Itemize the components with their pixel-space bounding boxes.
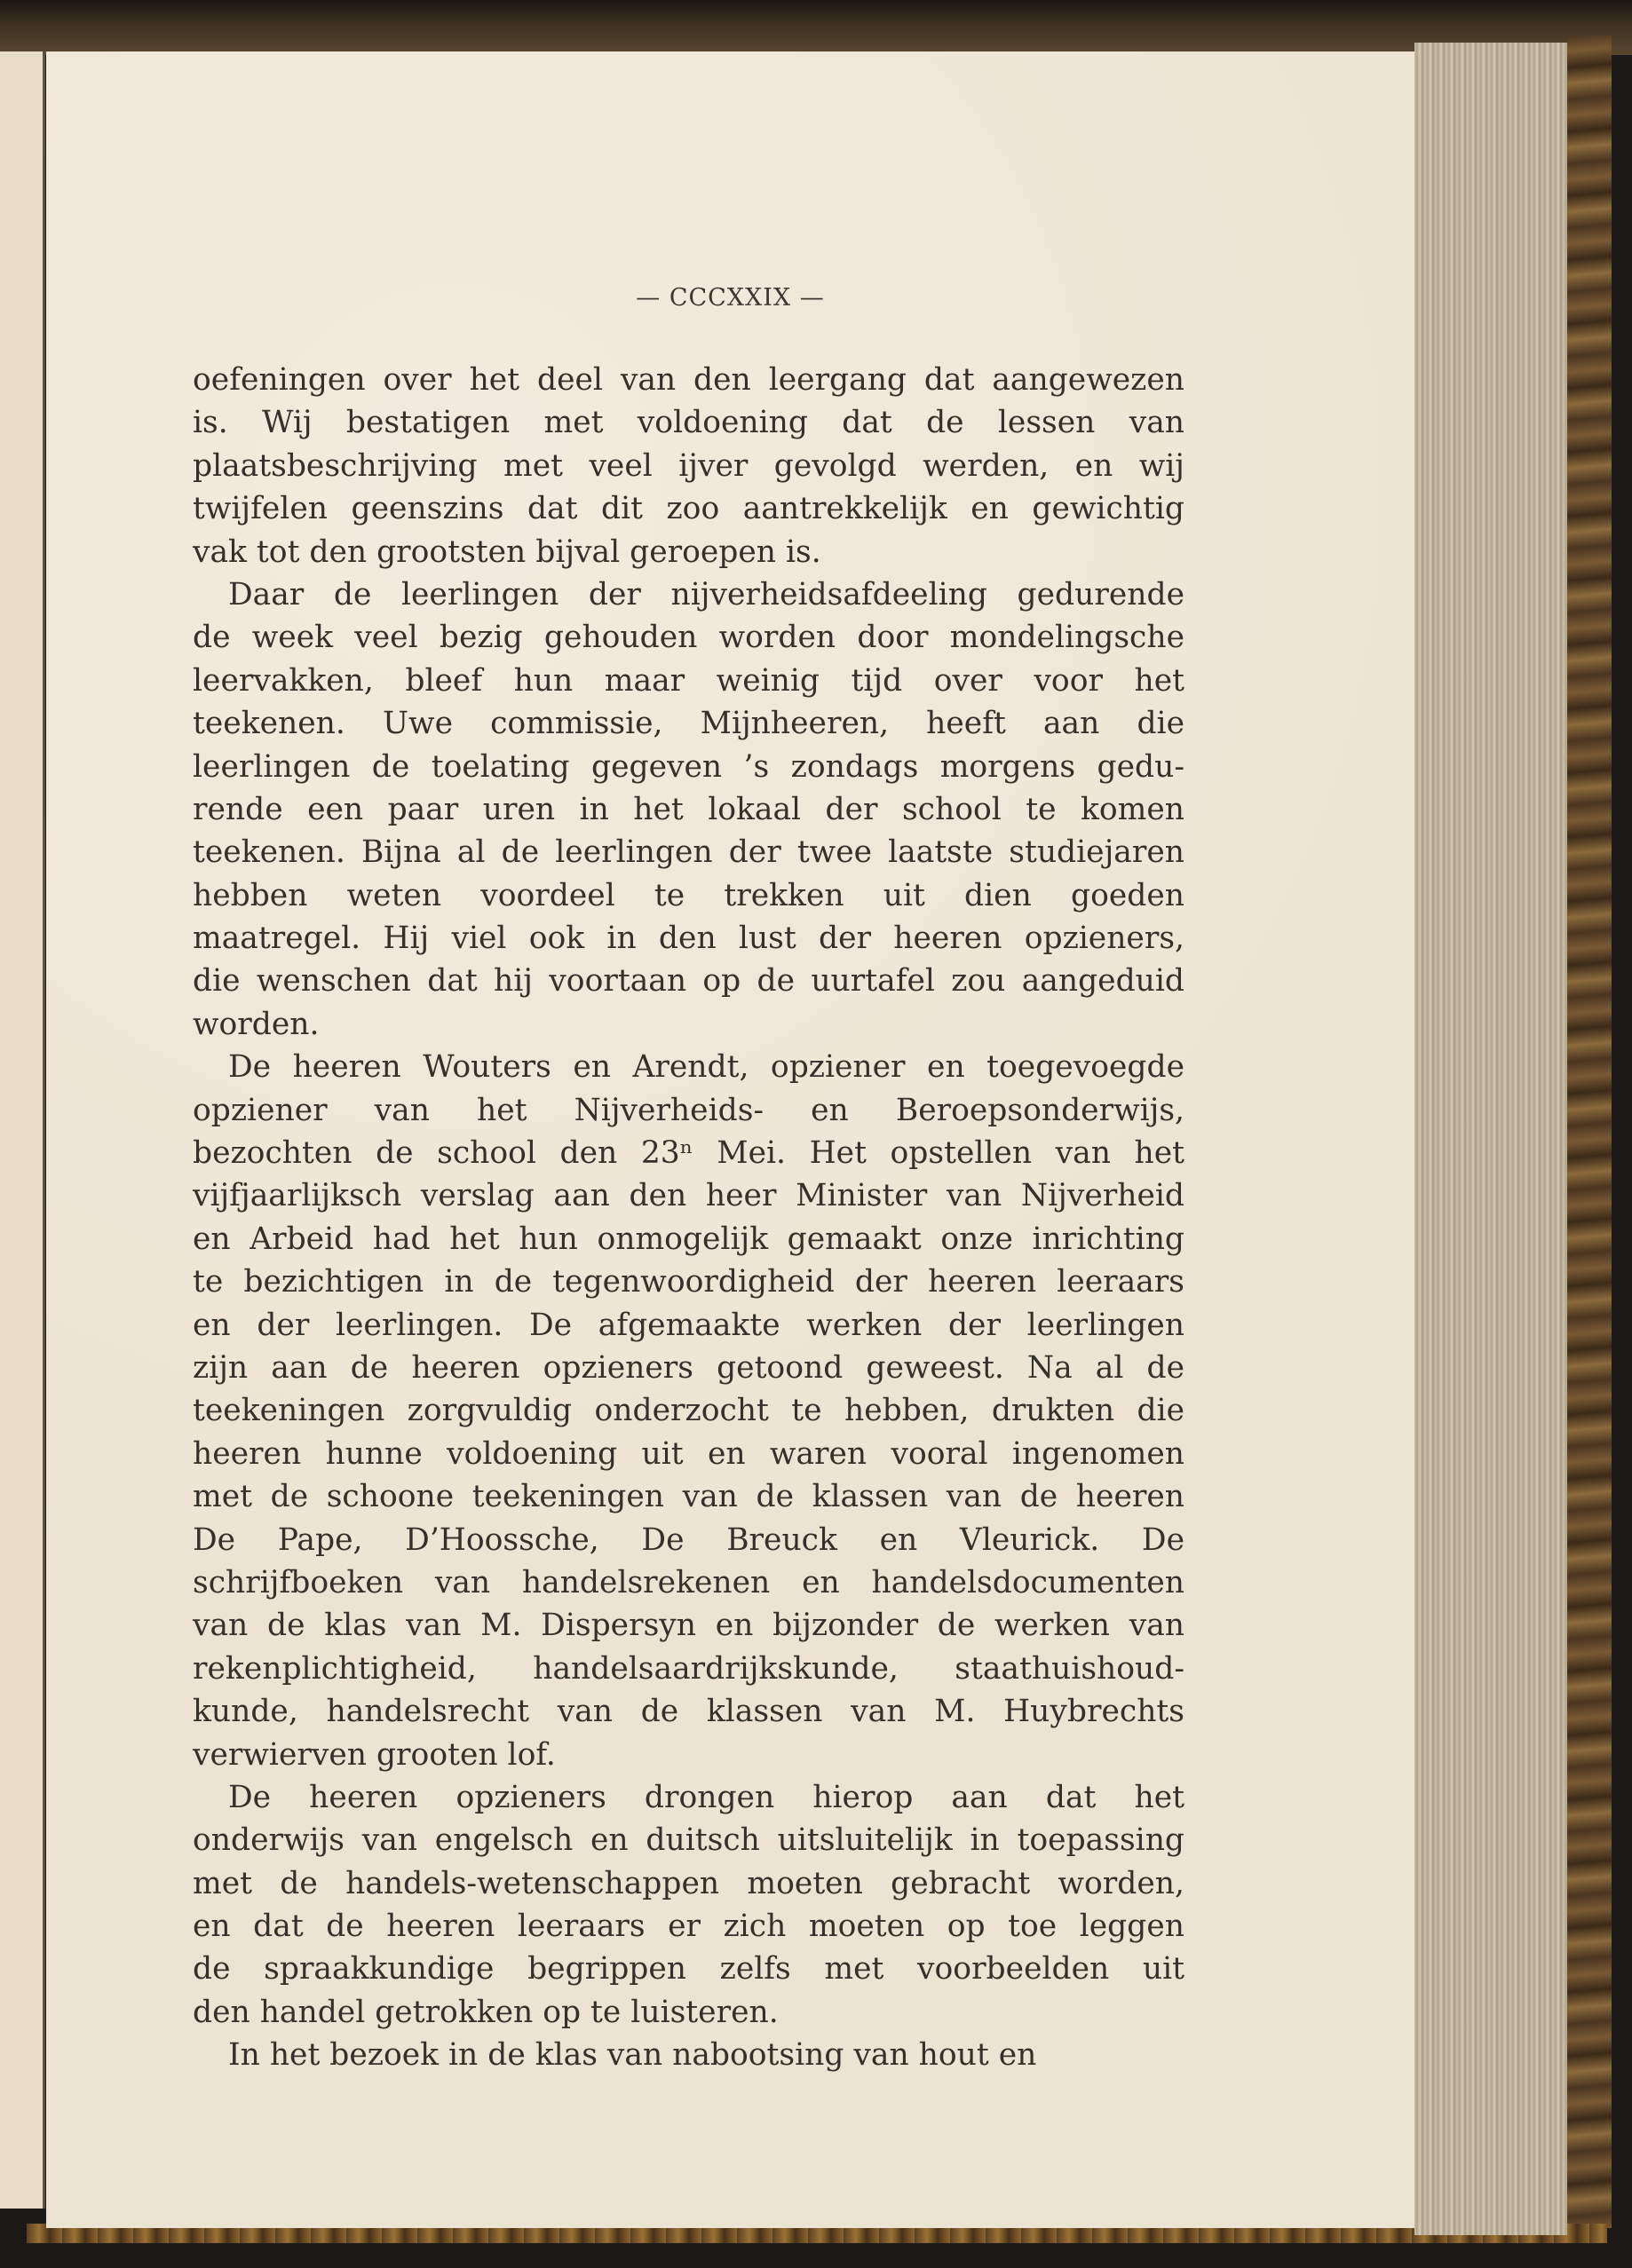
text-line: vak tot den grootsten bijval geroepen is… <box>193 531 1184 573</box>
text-line: zijn aan de heeren opzieners getoond gew… <box>193 1347 1184 1389</box>
text-line: verwierven grooten lof. <box>193 1734 1184 1776</box>
page-number: — CCCXXIX — <box>46 284 1414 312</box>
text-line: met de handels-wetenschappen moeten gebr… <box>193 1862 1184 1905</box>
text-line: kunde, handelsrecht van de klassen van M… <box>193 1690 1184 1733</box>
paragraph: Daar de leerlingen der nijverheidsafdeel… <box>193 573 1184 1046</box>
text-line: teekeningen zorgvuldig onderzocht te heb… <box>193 1389 1184 1432</box>
previous-page-edge <box>0 51 45 2209</box>
text-line: opziener van het Nijverheids- en Beroeps… <box>193 1089 1184 1132</box>
paragraph: In het bezoek in de klas van nabootsing … <box>193 2034 1184 2076</box>
body-text: oefeningen over het deel van den leergan… <box>193 359 1184 2077</box>
text-line: Daar de leerlingen der nijverheidsafdeel… <box>193 573 1184 616</box>
book-cover-top <box>0 0 1632 55</box>
text-line: en Arbeid had het hun onmogelijk gemaakt… <box>193 1218 1184 1260</box>
text-line: van de klas van M. Dispersyn en bijzonde… <box>193 1604 1184 1647</box>
text-line: den handel getrokken op te luisteren. <box>193 1991 1184 2034</box>
text-line: teekenen. Bijna al de leerlingen der twe… <box>193 831 1184 873</box>
book-page: — CCCXXIX — oefeningen over het deel van… <box>46 51 1414 2228</box>
text-line: met de schoone teekeningen van de klasse… <box>193 1475 1184 1518</box>
text-line: vijfjaarlijksch verslag aan den heer Min… <box>193 1174 1184 1217</box>
text-line: worden. <box>193 1003 1184 1046</box>
text-line: bezochten de school den 23ⁿ Mei. Het ops… <box>193 1132 1184 1174</box>
text-line: leerlingen de toelating gegeven ’s zonda… <box>193 746 1184 788</box>
text-line: de week veel bezig gehouden worden door … <box>193 616 1184 659</box>
text-line: hebben weten voordeel te trekken uit die… <box>193 874 1184 917</box>
text-line: en der leerlingen. De afgemaakte werken … <box>193 1304 1184 1347</box>
text-line: In het bezoek in de klas van nabootsing … <box>193 2034 1184 2076</box>
text-line: is. Wij bestatigen met voldoening dat de… <box>193 401 1184 444</box>
text-line: rende een paar uren in het lokaal der sc… <box>193 788 1184 831</box>
text-line: plaatsbeschrijving met veel ijver gevolg… <box>193 445 1184 487</box>
text-line: twijfelen geenszins dat dit zoo aantrekk… <box>193 487 1184 530</box>
paragraph: De heeren opzieners drongen hierop aan d… <box>193 1776 1184 2034</box>
text-line: oefeningen over het deel van den leergan… <box>193 359 1184 401</box>
text-line: die wenschen dat hij voortaan op de uurt… <box>193 960 1184 1002</box>
paragraph: De heeren Wouters en Arendt, opziener en… <box>193 1046 1184 1776</box>
text-line: de spraakkundige begrippen zelfs met voo… <box>193 1948 1184 1990</box>
text-line: heeren hunne voldoening uit en waren voo… <box>193 1433 1184 1475</box>
text-line: De heeren opzieners drongen hierop aan d… <box>193 1776 1184 1819</box>
paragraph: oefeningen over het deel van den leergan… <box>193 359 1184 573</box>
text-line: en dat de heeren leeraars er zich moeten… <box>193 1905 1184 1948</box>
text-line: rekenplichtigheid, handelsaardrijkskunde… <box>193 1648 1184 1690</box>
text-line: te bezichtigen in de tegenwoordigheid de… <box>193 1260 1184 1303</box>
text-line: onderwijs van engelsch en duitsch uitslu… <box>193 1819 1184 1861</box>
text-line: maatregel. Hij viel ook in den lust der … <box>193 917 1184 960</box>
text-line: leervakken, bleef hun maar weinig tijd o… <box>193 660 1184 702</box>
book-cover-marbled-edge <box>1567 36 1612 2228</box>
text-line: De heeren Wouters en Arendt, opziener en… <box>193 1046 1184 1088</box>
page-stack-fore-edge <box>1414 43 1567 2235</box>
text-line: teekenen. Uwe commissie, Mijnheeren, hee… <box>193 702 1184 745</box>
text-line: schrijfboeken van handelsrekenen en hand… <box>193 1561 1184 1604</box>
text-line: De Pape, D’Hoossche, De Breuck en Vleuri… <box>193 1519 1184 1561</box>
